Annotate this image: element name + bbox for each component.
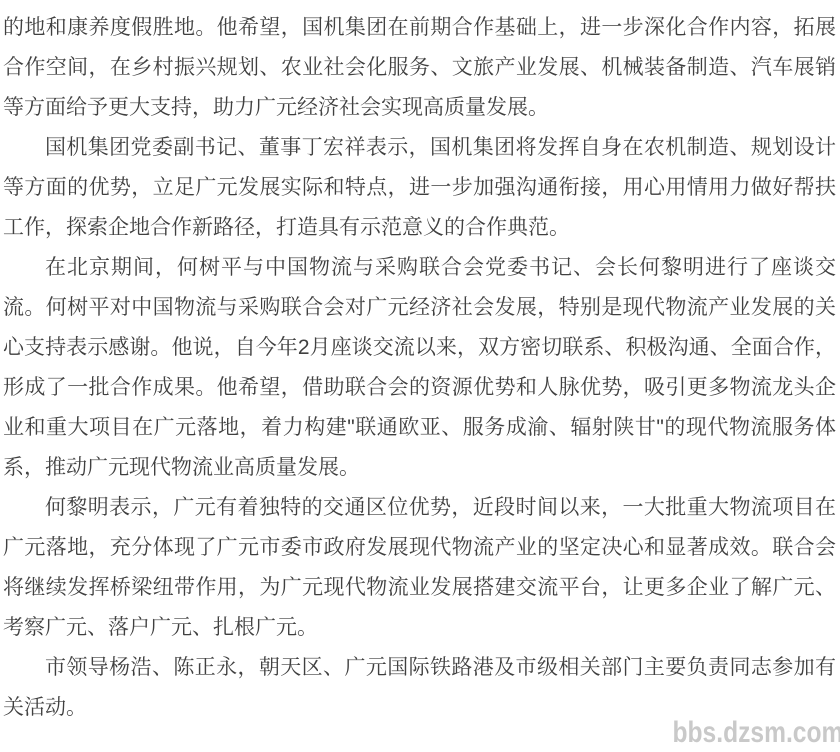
paragraph-2: 国机集团党委副书记、董事丁宏祥表示，国机集团将发挥自身在农机制造、规划设计等方面…: [3, 128, 836, 248]
paragraph-1: 的地和康养度假胜地。他希望，国机集团在前期合作基础上，进一步深化合作内容，拓展合…: [3, 8, 836, 128]
paragraph-3: 在北京期间，何树平与中国物流与采购联合会党委书记、会长何黎明进行了座谈交流。何树…: [3, 248, 836, 488]
site-watermark: bbs.dzsm.com: [672, 716, 840, 750]
paragraph-4: 何黎明表示，广元有着独特的交通区位优势，近段时间以来，一大批重大物流项目在广元落…: [3, 488, 836, 648]
article-body: 的地和康养度假胜地。他希望，国机集团在前期合作基础上，进一步深化合作内容，拓展合…: [0, 0, 840, 728]
